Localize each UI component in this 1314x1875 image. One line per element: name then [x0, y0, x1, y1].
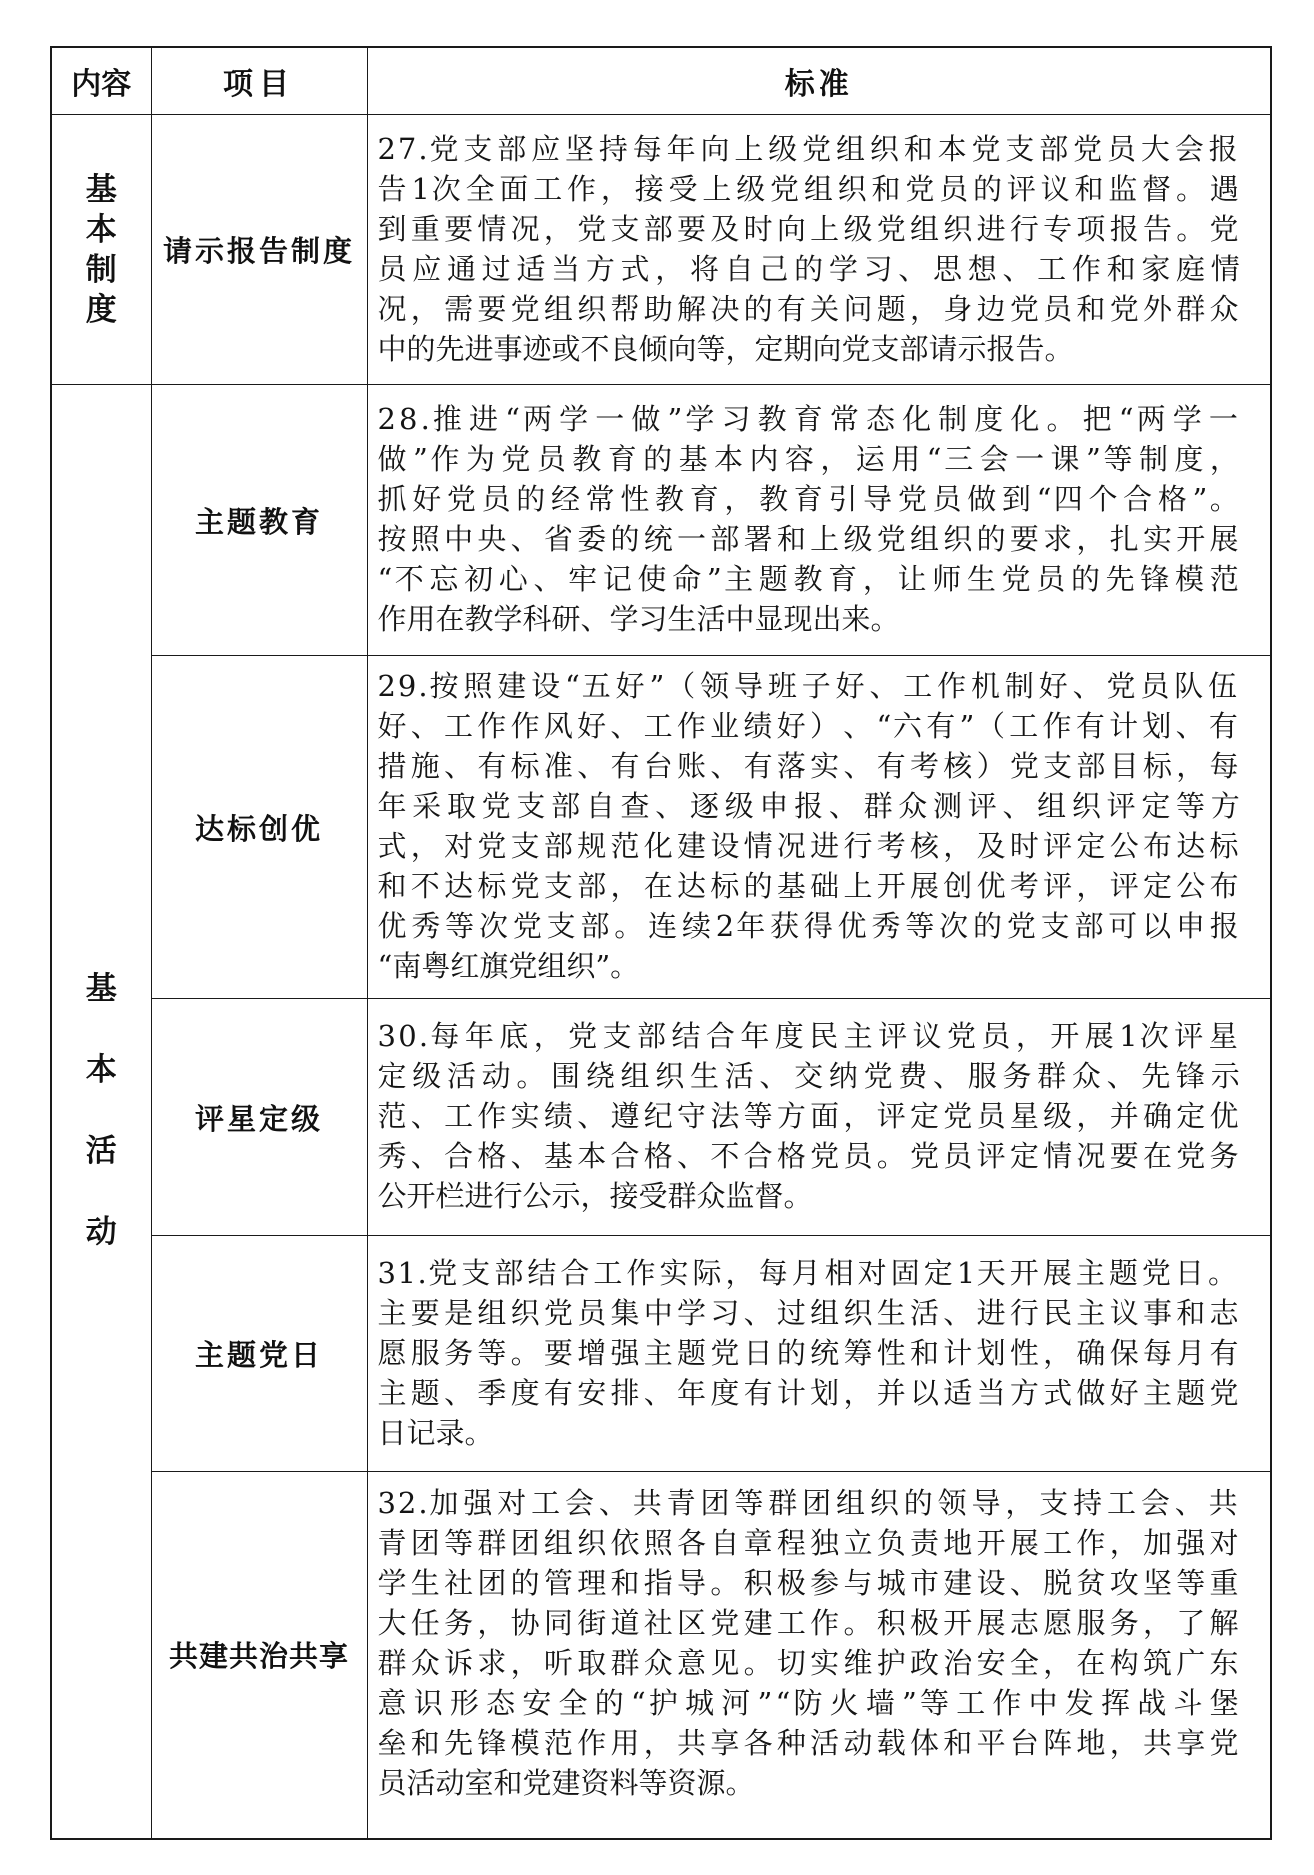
standard-line: 按 照 中 央 、 省 委 的 统 一 部 署 和 上 级 党 组 织 的 要 … — [378, 519, 1263, 559]
standard-line: 日记录。 — [378, 1413, 1263, 1453]
item-star-rating: 评星定级 — [151, 999, 367, 1236]
standard-line: 中的先进事迹或不良倾向等，定期向党支部请示报告。 — [378, 329, 1263, 369]
table-row: 共建共治共享 3 2 . 加 强 对 工 会 、 共 青 团 等 群 团 组 织… — [51, 1472, 1271, 1839]
standard-line: 垒 和 先 锋 模 范 作 用 ， 共 享 各 种 活 动 载 体 和 平 台 … — [378, 1723, 1263, 1763]
standard-line: “ 不 忘 初 心 、 牢 记 使 命 ” 主 题 教 育 ， 让 师 生 党 … — [378, 559, 1263, 599]
standard-line: 青 团 等 群 团 组 织 依 照 各 自 章 程 独 立 负 责 地 开 展 … — [378, 1523, 1263, 1563]
category-label: 基 本 活 动 — [86, 949, 117, 1273]
standard-32: 3 2 . 加 强 对 工 会 、 共 青 团 等 群 团 组 织 的 领 导 … — [367, 1472, 1271, 1839]
standard-line: 学 生 社 团 的 管 理 和 指 导 。 积 极 参 与 城 市 建 设 、 … — [378, 1563, 1263, 1603]
party-branch-standards-table: 内容 项目 标准 基 本 制 度 请示报告制度 2 — [50, 46, 1272, 1840]
standard-line: 3 1 . 党 支 部 结 合 工 作 实 际 ， 每 月 相 对 固 定 1 … — [378, 1253, 1263, 1293]
standard-line: 大 任 务 ， 协 同 街 道 社 区 党 建 工 作 。 积 极 开 展 志 … — [378, 1603, 1263, 1643]
standard-line: 措 施 、 有 标 准 、 有 台 账 、 有 落 实 、 有 考 核 ） 党 … — [378, 746, 1263, 786]
standard-line: 况 ， 需 要 党 组 织 帮 助 解 决 的 有 关 问 题 ， 身 边 党 … — [378, 289, 1263, 329]
standard-line: 年 采 取 党 支 部 自 查 、 逐 级 申 报 、 群 众 测 评 、 组 … — [378, 786, 1263, 826]
standard-line: 告 1 次 全 面 工 作 ， 接 受 上 级 党 组 织 和 党 员 的 评 … — [378, 169, 1263, 209]
item-co-build-govern-share: 共建共治共享 — [151, 1472, 367, 1839]
standard-line: “南粤红旗党组织”。 — [378, 946, 1263, 986]
category-label: 基 本 制 度 — [86, 170, 117, 330]
standard-line: 3 0 . 每 年 底 ， 党 支 部 结 合 年 度 民 主 评 议 党 员 … — [378, 1016, 1263, 1056]
standard-line: 抓 好 党 员 的 经 常 性 教 育 ， 教 育 引 导 党 员 做 到 “ … — [378, 479, 1263, 519]
standard-30: 3 0 . 每 年 底 ， 党 支 部 结 合 年 度 民 主 评 议 党 员 … — [367, 999, 1271, 1236]
table-row: 主题党日 3 1 . 党 支 部 结 合 工 作 实 际 ， 每 月 相 对 固… — [51, 1236, 1271, 1472]
table-header-row: 内容 项目 标准 — [51, 47, 1271, 115]
item-theme-party-day: 主题党日 — [151, 1236, 367, 1472]
table-row: 基 本 制 度 请示报告制度 2 7 . 党 支 部 应 坚 持 每 年 向 上… — [51, 115, 1271, 385]
standard-line: 到 重 要 情 况 ， 党 支 部 要 及 时 向 上 级 党 组 织 进 行 … — [378, 209, 1263, 249]
standard-line: 作用在教学科研、学习生活中显现出来。 — [378, 599, 1263, 639]
category-basic-activities: 基 本 活 动 — [51, 385, 151, 1839]
standard-line: 2 8 . 推 进 “ 两 学 一 做 ” 学 习 教 育 常 态 化 制 度 … — [378, 399, 1263, 439]
standard-27: 2 7 . 党 支 部 应 坚 持 每 年 向 上 级 党 组 织 和 本 党 … — [367, 115, 1271, 385]
standard-line: 意 识 形 态 安 全 的 “ 护 城 河 ” “ 防 火 墙 ” 等 工 作 … — [378, 1683, 1263, 1723]
standard-line: 群 众 诉 求 ， 听 取 群 众 意 见 。 切 实 维 护 政 治 安 全 … — [378, 1643, 1263, 1683]
table-row: 基 本 活 动 主题教育 2 8 . 推 进 “ 两 学 一 做 ” 学 习 教… — [51, 385, 1271, 656]
header-content: 内容 — [51, 47, 151, 115]
item-report-system: 请示报告制度 — [151, 115, 367, 385]
header-item: 项目 — [151, 47, 367, 115]
table-row: 达标创优 2 9 . 按 照 建 设 “ 五 好 ” （ 领 导 班 子 好 、… — [51, 656, 1271, 999]
item-theme-education: 主题教育 — [151, 385, 367, 656]
standard-line: 公开栏进行公示，接受群众监督。 — [378, 1176, 1263, 1216]
standard-line: 员 应 通 过 适 当 方 式 ， 将 自 己 的 学 习 、 思 想 、 工 … — [378, 249, 1263, 289]
standard-line: 员活动室和党建资料等资源。 — [378, 1763, 1263, 1803]
standard-31: 3 1 . 党 支 部 结 合 工 作 实 际 ， 每 月 相 对 固 定 1 … — [367, 1236, 1271, 1472]
standard-line: 2 9 . 按 照 建 设 “ 五 好 ” （ 领 导 班 子 好 、 工 作 … — [378, 666, 1263, 706]
standard-line: 式 ， 对 党 支 部 规 范 化 建 设 情 况 进 行 考 核 ， 及 时 … — [378, 826, 1263, 866]
standard-line: 秀 、 合 格 、 基 本 合 格 、 不 合 格 党 员 。 党 员 评 定 … — [378, 1136, 1263, 1176]
standard-line: 主 要 是 组 织 党 员 集 中 学 习 、 过 组 织 生 活 、 进 行 … — [378, 1293, 1263, 1333]
standard-29: 2 9 . 按 照 建 设 “ 五 好 ” （ 领 导 班 子 好 、 工 作 … — [367, 656, 1271, 999]
standard-line: 好 、 工 作 作 风 好 、 工 作 业 绩 好 ） 、 “ 六 有 ” （ … — [378, 706, 1263, 746]
standard-line: 愿 服 务 等 。 要 增 强 主 题 党 日 的 统 筹 性 和 计 划 性 … — [378, 1333, 1263, 1373]
standard-28: 2 8 . 推 进 “ 两 学 一 做 ” 学 习 教 育 常 态 化 制 度 … — [367, 385, 1271, 656]
table-row: 评星定级 3 0 . 每 年 底 ， 党 支 部 结 合 年 度 民 主 评 议… — [51, 999, 1271, 1236]
standard-line: 2 7 . 党 支 部 应 坚 持 每 年 向 上 级 党 组 织 和 本 党 … — [378, 129, 1263, 169]
document-page: 内容 项目 标准 基 本 制 度 请示报告制度 2 — [0, 0, 1314, 1875]
standard-line: 范 、 工 作 实 绩 、 遵 纪 守 法 等 方 面 ， 评 定 党 员 星 … — [378, 1096, 1263, 1136]
header-standard: 标准 — [367, 47, 1271, 115]
standard-line: 和 不 达 标 党 支 部 ， 在 达 标 的 基 础 上 开 展 创 优 考 … — [378, 866, 1263, 906]
standard-line: 定 级 活 动 。 围 绕 组 织 生 活 、 交 纳 党 费 、 服 务 群 … — [378, 1056, 1263, 1096]
standard-line: 主 题 、 季 度 有 安 排 、 年 度 有 计 划 ， 并 以 适 当 方 … — [378, 1373, 1263, 1413]
standard-line: 3 2 . 加 强 对 工 会 、 共 青 团 等 群 团 组 织 的 领 导 … — [378, 1483, 1263, 1523]
standard-line: 优 秀 等 次 党 支 部 。 连 续 2 年 获 得 优 秀 等 次 的 党 … — [378, 906, 1263, 946]
standard-line: 做 ” 作 为 党 员 教 育 的 基 本 内 容 ， 运 用 “ 三 会 一 … — [378, 439, 1263, 479]
category-basic-system: 基 本 制 度 — [51, 115, 151, 385]
item-standard-excellence: 达标创优 — [151, 656, 367, 999]
